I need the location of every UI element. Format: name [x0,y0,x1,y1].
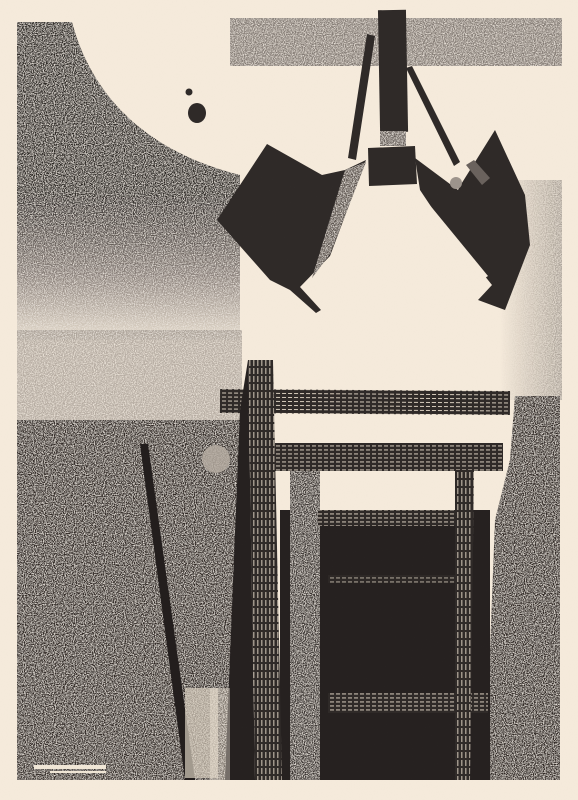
print-canvas [0,0,578,800]
